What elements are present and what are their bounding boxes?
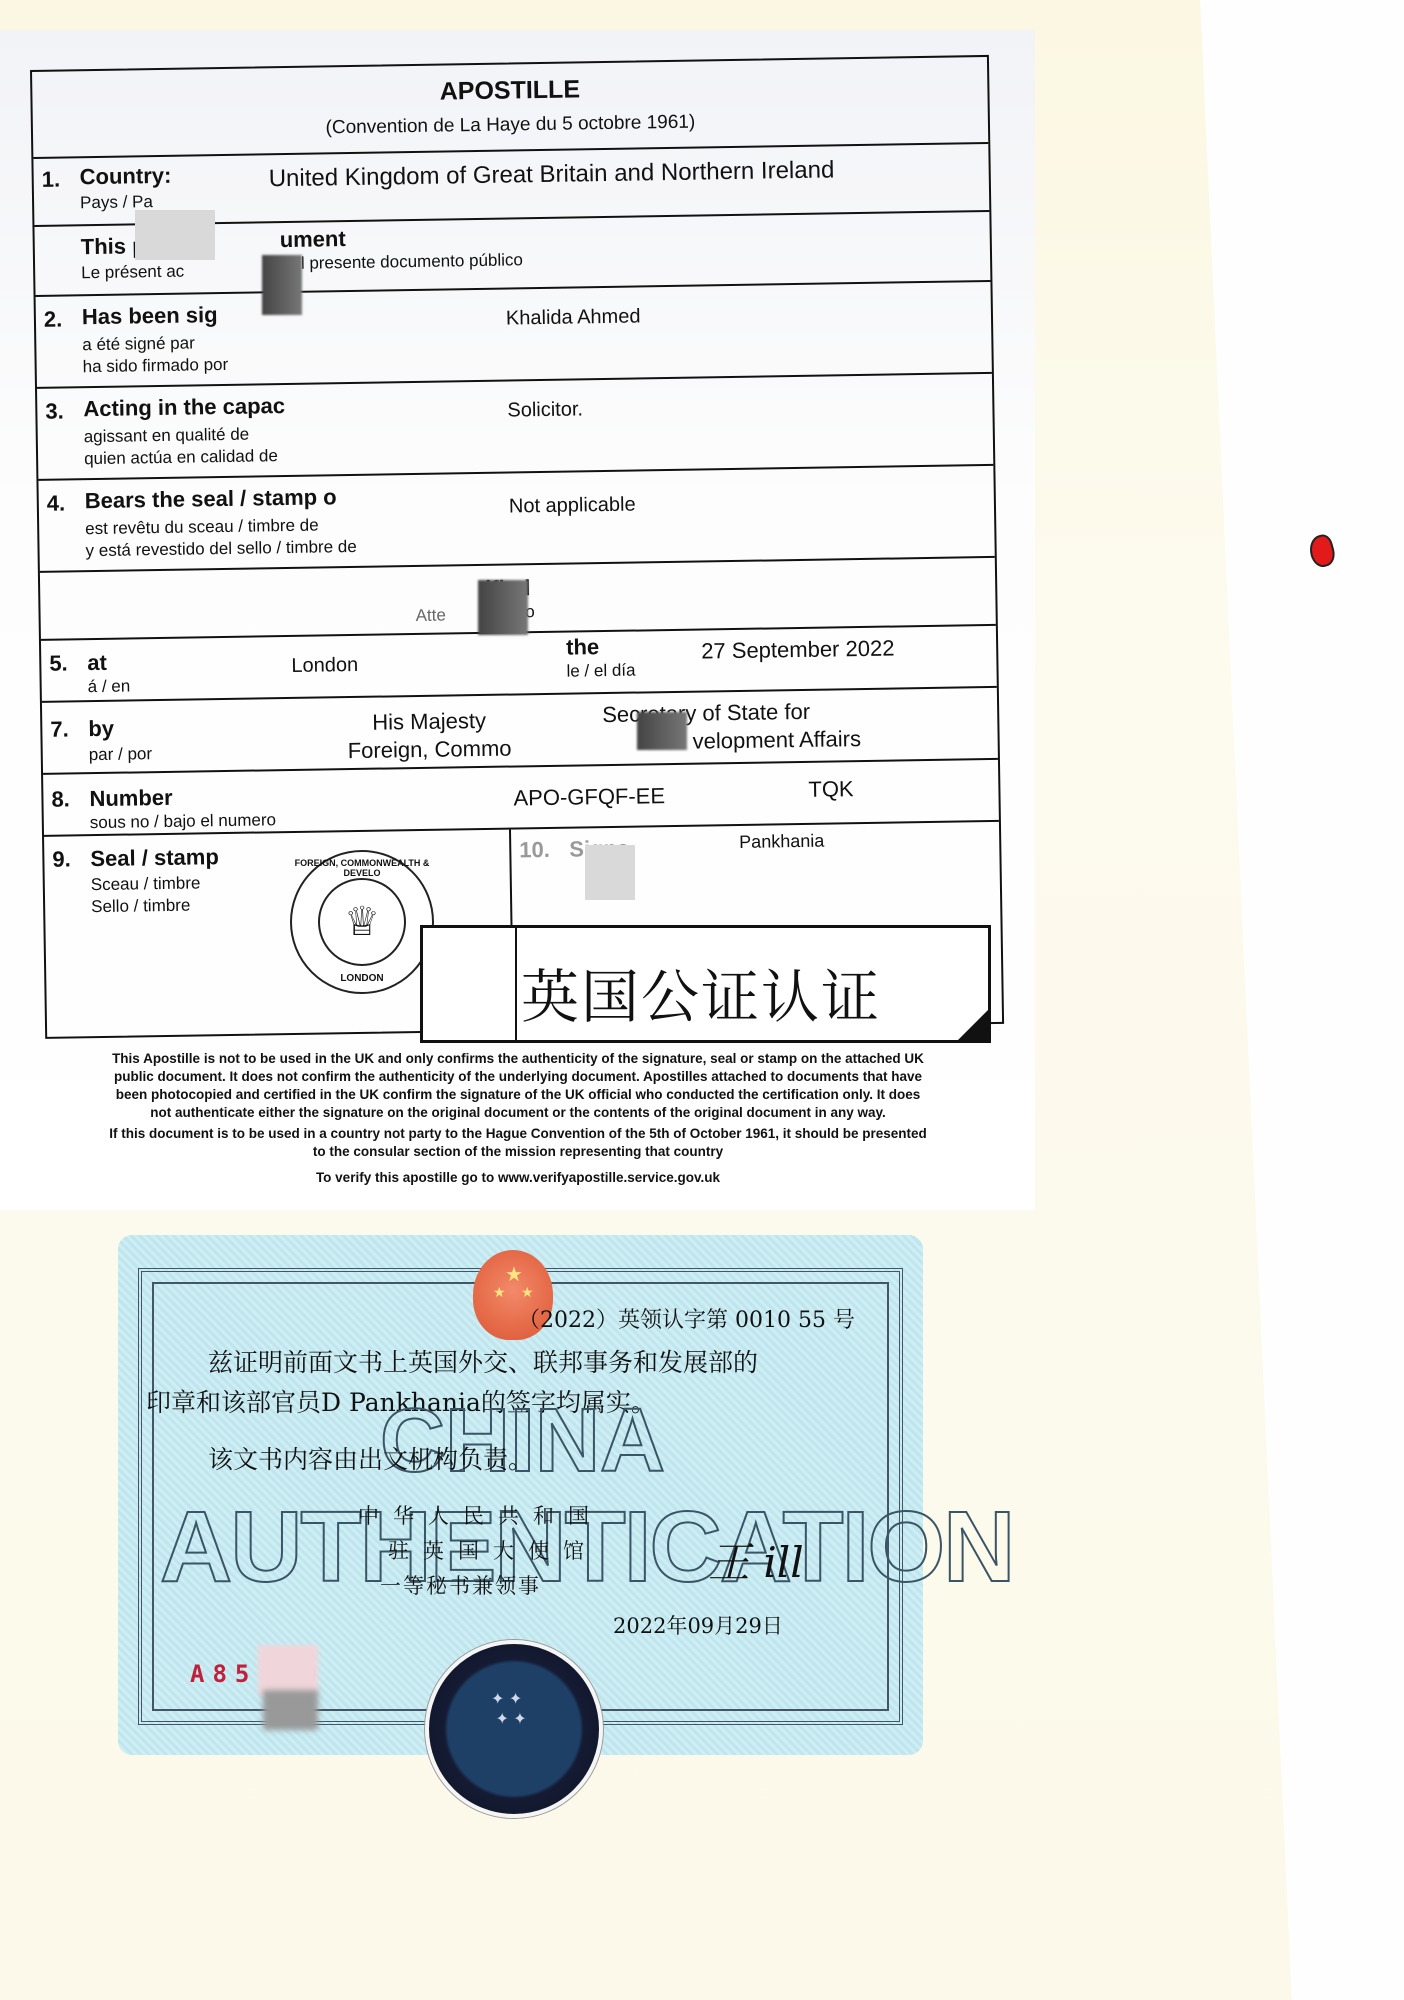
apostille-notice: This Apostille is not to be used in the …	[108, 1050, 928, 1122]
value-signatory: Pankhania	[739, 831, 824, 853]
background-sheet	[1200, 0, 1404, 2000]
row-seal-of: 4. Bears the seal / stamp o est revêtu d…	[38, 464, 994, 573]
label-country: Country:	[79, 163, 171, 190]
verify-link[interactable]: To verify this apostille go to www.verif…	[108, 1170, 928, 1185]
value-date: 27 September 2022	[701, 635, 895, 664]
redaction	[637, 712, 687, 750]
row-signed-by: 2. Has been sig a été signé par ha sido …	[36, 280, 992, 389]
value-country: United Kingdom of Great Britain and Nort…	[269, 156, 835, 193]
overlay-label: 英国公证认证	[521, 950, 881, 1034]
redaction	[262, 255, 302, 315]
certificate-number: （2022）英领认字第 0010 55 号	[518, 1303, 855, 1334]
redaction	[585, 845, 635, 900]
value-signed-by: Khalida Ahmed	[506, 305, 641, 330]
apostille-subtitle: (Convention de La Haye du 5 octobre 1961…	[33, 107, 988, 144]
value-place: London	[291, 654, 358, 678]
value-seal-of: Not applicable	[509, 494, 636, 519]
apostille-table: APOSTILLE (Convention de La Haye du 5 oc…	[30, 55, 1004, 1039]
hague-notice: If this document is to be used in a coun…	[108, 1125, 928, 1161]
fcdo-seal: FOREIGN, COMMONWEALTH & DEVELO ♕ LONDON	[290, 850, 434, 994]
apostille-title: APOSTILLE	[32, 69, 987, 113]
value-number: APO-GFQF-EE	[513, 783, 665, 811]
certificate-date: 2022年09月29日	[613, 1610, 783, 1640]
redaction	[258, 1645, 318, 1695]
redaction	[135, 210, 215, 260]
crown-crest-icon: ♕	[318, 878, 406, 966]
redaction	[263, 1690, 318, 1730]
hologram-seal-icon: ✦ ✦ ✦ ✦	[425, 1640, 603, 1818]
consul-signature: 王 ill	[708, 1530, 804, 1590]
overlay-label-box: 英国公证认证	[420, 925, 991, 1043]
row-capacity: 3. Acting in the capac agissant en quali…	[37, 372, 993, 481]
value-capacity: Solicitor.	[507, 398, 583, 422]
redaction	[478, 580, 528, 635]
